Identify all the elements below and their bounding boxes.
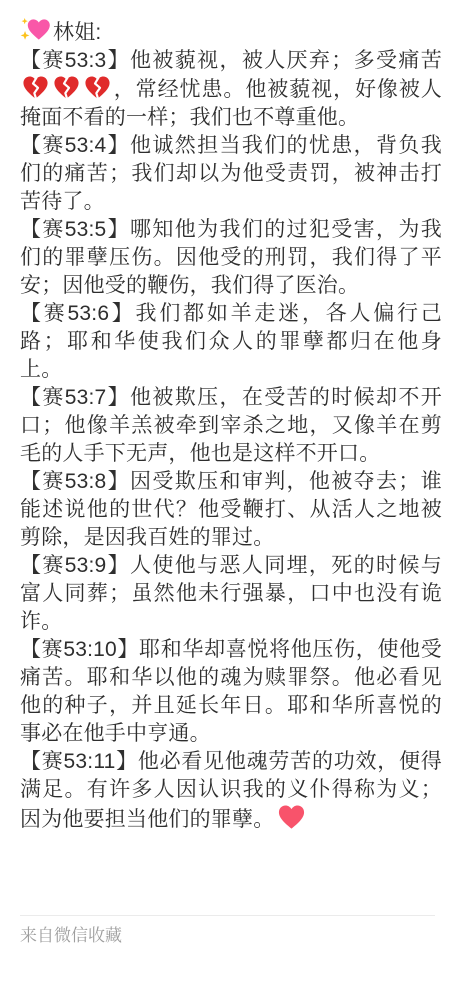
sender-line: 林姐:	[20, 17, 442, 47]
verse-53-5: 【赛53:5】哪知他为我们的过犯受害，为我们的罪孽压伤。因他受的刑罚，我们得了平…	[20, 216, 442, 300]
text-run: 【赛53:7】他被欺压，在受苦的时候却不开口；他像羊羔被牵到宰杀之地，又像羊在剪…	[20, 386, 442, 465]
verse-53-8: 【赛53:8】因受欺压和审判，他被夺去；谁能述说他的世代？他受鞭打、从活人之地被…	[20, 468, 442, 552]
red-heart-icon	[277, 804, 306, 830]
verse-53-3: 【赛53:3】他被藐视，被人厌弃；多受痛苦，常经忧患。他被藐视，好像被人掩面不看…	[20, 47, 442, 132]
verse-53-10: 【赛53:10】耶和华却喜悦将他压伤，使他受痛苦。耶和华以他的魂为赎罪祭。他必看…	[20, 636, 442, 748]
source-label: 来自微信收藏	[20, 925, 122, 947]
verse-53-6: 【赛53:6】我们都如羊走迷，各人偏行己路；耶和华使我们众人的罪孽都归在他身上。	[20, 300, 442, 384]
text-run: 【赛53:9】人使他与恶人同埋，死的时候与富人同葬；虽然他未行强暴，口中也没有诡…	[20, 554, 442, 633]
note-content: 林姐:【赛53:3】他被藐视，被人厌弃；多受痛苦，常经忧患。他被藐视，好像被人掩…	[20, 17, 442, 834]
text-run: 林姐:	[53, 21, 101, 44]
text-run: 【赛53:11】他必看见他魂劳苦的功效，便得满足。有许多人因认识我的义仆得称为义…	[20, 750, 442, 831]
broken-heart-icon	[22, 75, 49, 100]
text-run: 【赛53:4】他诚然担当我们的忧患，背负我们的痛苦；我们却以为他受责罚，被神击打…	[20, 134, 442, 213]
wechat-note-page: 林姐:【赛53:3】他被藐视，被人厌弃；多受痛苦，常经忧患。他被藐视，好像被人掩…	[0, 0, 461, 1000]
broken-heart-icon	[84, 75, 111, 100]
broken-heart-icon	[53, 75, 80, 100]
text-run: 【赛53:6】我们都如羊走迷，各人偏行己路；耶和华使我们众人的罪孽都归在他身上。	[20, 302, 442, 381]
text-run: 【赛53:10】耶和华却喜悦将他压伤，使他受痛苦。耶和华以他的魂为赎罪祭。他必看…	[20, 638, 442, 745]
text-run: 【赛53:5】哪知他为我们的过犯受害，为我们的罪孽压伤。因他受的刑罚，我们得了平…	[20, 218, 442, 297]
verse-53-11: 【赛53:11】他必看见他魂劳苦的功效，便得满足。有许多人因认识我的义仆得称为义…	[20, 748, 442, 834]
divider	[20, 915, 435, 916]
verse-53-4: 【赛53:4】他诚然担当我们的忧患，背负我们的痛苦；我们却以为他受责罚，被神击打…	[20, 132, 442, 216]
sparkling-heart-icon	[20, 17, 51, 44]
text-run: 【赛53:3】他被藐视，被人厌弃；多受痛苦	[20, 49, 442, 72]
verse-53-9: 【赛53:9】人使他与恶人同埋，死的时候与富人同葬；虽然他未行强暴，口中也没有诡…	[20, 552, 442, 636]
text-run: 【赛53:8】因受欺压和审判，他被夺去；谁能述说他的世代？他受鞭打、从活人之地被…	[20, 470, 442, 549]
verse-53-7: 【赛53:7】他被欺压，在受苦的时候却不开口；他像羊羔被牵到宰杀之地，又像羊在剪…	[20, 384, 442, 468]
